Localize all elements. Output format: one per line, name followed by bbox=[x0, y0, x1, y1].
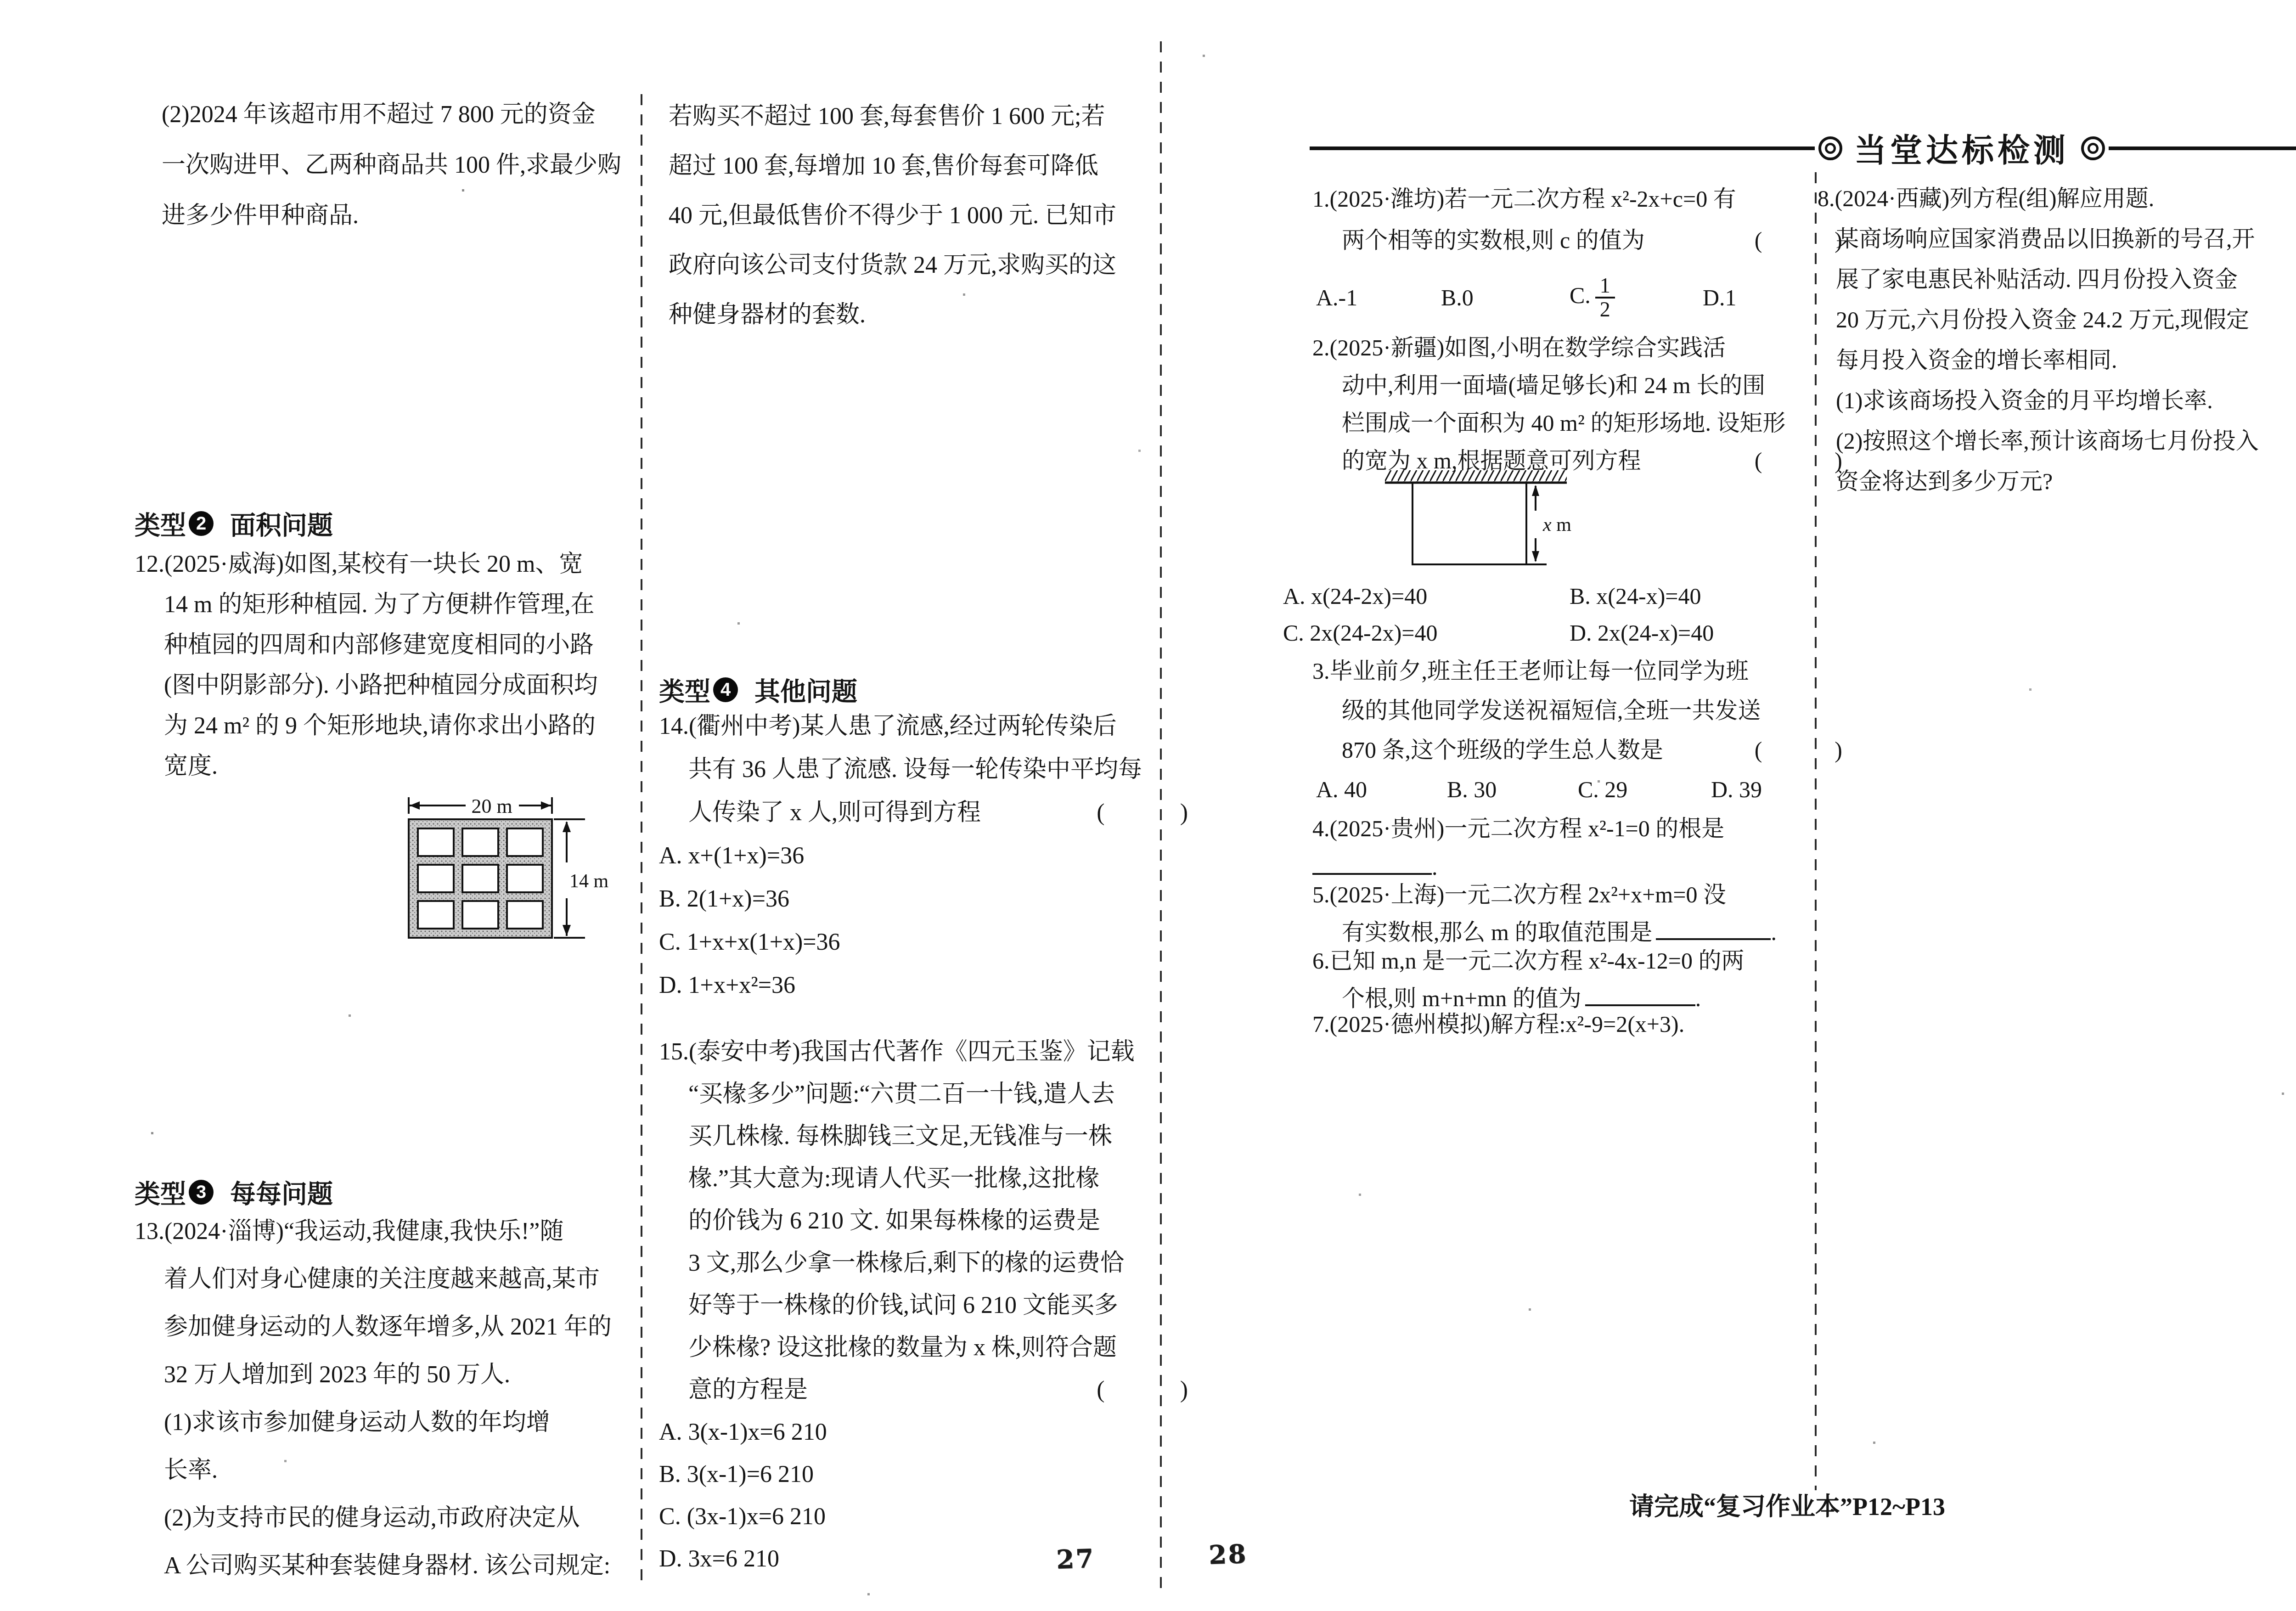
options-row: A. 40 B. 30 C. 29 D. 39 bbox=[1316, 770, 1843, 809]
text-line: 参加健身运动的人数逐年增多,从 2021 年的 bbox=[164, 1303, 664, 1351]
answer-bracket: ( ) bbox=[1755, 730, 1843, 770]
answer-blank bbox=[1312, 848, 1432, 875]
text-line: A 公司购买某种套装健身器材. 该公司规定: bbox=[164, 1542, 664, 1590]
option-b: B.0 bbox=[1441, 277, 1570, 318]
problem-11-continuation: (2)2024 年该超市用不超过 7 800 元的资金 一次购进甲、乙两种商品共… bbox=[162, 90, 648, 241]
text-line: 3 文,那么少拿一株椽后,剩下的椽的运费恰 bbox=[688, 1242, 1189, 1284]
option-c: C. (3x-1)x=6 210 bbox=[688, 1496, 1189, 1538]
text-line: 12.(2025·威海)如图,某校有一块长 20 m、宽 bbox=[164, 544, 664, 585]
option-b: B. 3(x-1)=6 210 bbox=[688, 1453, 1189, 1496]
problem-1: 1.(2025·潍坊)若一元二次方程 x²-2x+c=0 有 两个相等的实数根,… bbox=[1312, 178, 1843, 334]
arrowhead-up-icon bbox=[563, 821, 571, 832]
garden-plot-cell bbox=[507, 828, 543, 856]
text-line: 的价钱为 6 210 文. 如果每株椽的运费是 bbox=[688, 1200, 1189, 1242]
wall-rectangle-figure: x m bbox=[1372, 469, 1583, 576]
question-stem-end: 意的方程是 bbox=[688, 1369, 808, 1411]
page-number-left: 27 bbox=[1056, 1543, 1095, 1575]
section-header-area-problems: 类型4其他问题 bbox=[659, 671, 857, 708]
arrowhead-up-icon bbox=[1532, 485, 1539, 496]
garden-plot-cell bbox=[418, 828, 454, 856]
option-d: D. 3x=6 210 bbox=[688, 1538, 1189, 1580]
text-line: 1.(2025·潍坊)若一元二次方程 x²-2x+c=0 有 bbox=[1342, 178, 1843, 220]
garden-plot-cell bbox=[418, 865, 454, 892]
text-line: 宽度. bbox=[164, 746, 664, 787]
ring-dot-icon bbox=[2088, 143, 2099, 154]
dimension-unit: m bbox=[1552, 514, 1572, 535]
period: . bbox=[1771, 919, 1777, 945]
text-line: 5.(2025·上海)一元二次方程 2x²+x+m=0 没 bbox=[1342, 876, 1843, 913]
problem-5: 5.(2025·上海)一元二次方程 2x²+x+m=0 没 有实数根,那么 m … bbox=[1312, 876, 1843, 951]
option-a: A. x+(1+x)=36 bbox=[688, 834, 1189, 878]
option-a: A. x(24-2x)=40 bbox=[1312, 578, 1570, 614]
option-d: D. 2x(24-x)=40 bbox=[1570, 620, 1714, 646]
options-row: C. 2x(24-2x)=40D. 2x(24-x)=40 bbox=[1342, 614, 1843, 651]
text-line: 为 24 m² 的 9 个矩形地块,请你求出小路的 bbox=[164, 706, 664, 746]
arrowhead-down-icon bbox=[563, 925, 571, 936]
section-title: 其他问题 bbox=[754, 671, 857, 708]
text-line: 40 元,但最低售价不得少于 1 000 元. 已知市 bbox=[669, 191, 1155, 241]
circled-number-icon: 3 bbox=[189, 1180, 214, 1205]
text-line: 某商场响应国家消费品以旧换新的号召,开 bbox=[1836, 219, 2296, 259]
scanned-workbook-spread: (2)2024 年该超市用不超过 7 800 元的资金 一次购进甲、乙两种商品共… bbox=[0, 0, 2296, 1611]
section-title: 每每问题 bbox=[230, 1174, 333, 1211]
homework-footer-note: 请完成“复习作业本”P12~P13 bbox=[1629, 1487, 1945, 1522]
fraction-denominator: 2 bbox=[1595, 299, 1615, 321]
dimension-label-xm: x m bbox=[1542, 514, 1571, 535]
option-b: B. 30 bbox=[1447, 770, 1578, 809]
garden-plot-cell bbox=[462, 865, 498, 892]
test-header-title: 当堂达标检测 bbox=[1854, 125, 2069, 171]
wall-rectangle-svg: x m bbox=[1372, 469, 1583, 574]
option-a: A. 40 bbox=[1316, 770, 1447, 809]
garden-grid-figure: 20 m 14 m bbox=[403, 794, 624, 957]
text-line: 政府向该公司支付货款 24 万元,求购买的这 bbox=[669, 241, 1155, 290]
answer-bracket: ( ) bbox=[1097, 791, 1189, 834]
text-line: 32 万人增加到 2023 年的 50 万人. bbox=[164, 1351, 664, 1399]
text-line: 8.(2024·西藏)列方程(组)解应用题. bbox=[1836, 178, 2296, 219]
circled-number-icon: 2 bbox=[189, 511, 214, 536]
problem-4: 4.(2025·贵州)一元二次方程 x²-1=0 的根是 . bbox=[1312, 809, 1843, 886]
question-stem-end: 870 条,这个班级的学生总人数是 bbox=[1342, 730, 1663, 770]
problem-2: 2.(2025·新疆)如图,小明在数学综合实践活 动中,利用一面墙(墙足够长)和… bbox=[1312, 329, 1843, 479]
text-line: 共有 36 人患了流感. 设每一轮传染中平均每 bbox=[688, 748, 1189, 791]
text-line: 4.(2025·贵州)一元二次方程 x²-1=0 的根是 bbox=[1342, 809, 1843, 848]
options-row: A. x(24-2x)=40B. x(24-x)=40 bbox=[1342, 578, 1843, 614]
option-c-label: C. bbox=[1570, 282, 1591, 308]
option-d: D. 39 bbox=[1711, 770, 1762, 809]
text-line: 动中,利用一面墙(墙足够长)和 24 m 长的围 bbox=[1342, 366, 1843, 404]
text-line: 栏围成一个面积为 40 m² 的矩形场地. 设矩形 bbox=[1342, 404, 1843, 442]
text-line: 15.(泰安中考)我国古代著作《四元玉鉴》记载 bbox=[688, 1031, 1189, 1073]
dimension-var: x bbox=[1542, 514, 1552, 535]
arrowhead-right-icon bbox=[541, 801, 551, 810]
text-line: “买椽多少”问题:“六贯二百一十钱,遣人去 bbox=[688, 1073, 1189, 1115]
text-line: 级的其他同学发送祝福短信,全班一共发送 bbox=[1342, 691, 1843, 730]
text-line: 2.(2025·新疆)如图,小明在数学综合实践活 bbox=[1342, 329, 1843, 366]
text-line: 少株椽? 设这批椽的数量为 x 株,则符合题 bbox=[688, 1327, 1189, 1369]
section-label: 类型 bbox=[659, 671, 710, 708]
text-line: 14 m 的矩形种植园. 为了方便耕作管理,在 bbox=[164, 585, 664, 625]
text-line: 每月投入资金的增长率相同. bbox=[1836, 340, 2296, 380]
text-line: (2)为支持市民的健身运动,市政府决定从 bbox=[164, 1494, 664, 1542]
fraction-one-half: 12 bbox=[1595, 275, 1615, 321]
text-line: 20 万元,六月份投入资金 24.2 万元,现假定 bbox=[1836, 299, 2296, 340]
garden-plot-cell bbox=[462, 901, 498, 929]
text-line: 3.毕业前夕,班主任王老师让每一位同学为班 bbox=[1342, 651, 1843, 691]
text-line: 着人们对身心健康的关注度越来越高,某市 bbox=[164, 1256, 664, 1303]
ring-ornament-icon bbox=[2081, 136, 2105, 160]
answer-blank bbox=[1585, 979, 1695, 1006]
problem-15: 15.(泰安中考)我国古代著作《四元玉鉴》记载 “买椽多少”问题:“六贯二百一十… bbox=[659, 1031, 1189, 1580]
text-line: 一次购进甲、乙两种商品共 100 件,求最少购 bbox=[162, 140, 648, 191]
problem-13-continuation: 若购买不超过 100 套,每套售价 1 600 元;若 超过 100 套,每增加… bbox=[669, 92, 1155, 340]
garden-plot-cell bbox=[418, 901, 454, 929]
ring-ornament-icon bbox=[1818, 136, 1842, 160]
test-header: 当堂达标检测 bbox=[1310, 125, 2296, 171]
answer-bracket: ( ) bbox=[1097, 1369, 1189, 1411]
problem-14: 14.(衢州中考)某人患了流感,经过两轮传染后 共有 36 人患了流感. 设每一… bbox=[659, 705, 1189, 1007]
text-line: 好等于一株椽的价钱,试问 6 210 文能买多 bbox=[688, 1284, 1189, 1327]
text-line: 6.已知 m,n 是一元二次方程 x²-4x-12=0 的两 bbox=[1342, 942, 1843, 979]
text-line: (图中阴影部分). 小路把种植园分成面积均 bbox=[164, 665, 664, 706]
question-stem-end: 有实数根,那么 m 的取值范围是 bbox=[1342, 919, 1652, 945]
text-line: 椽.”其大意为:现请人代买一批椽,这批椽 bbox=[688, 1158, 1189, 1200]
text-line: (2)按照这个增长率,预计该商场七月份投入 bbox=[1836, 421, 2296, 461]
wall-hatching bbox=[1385, 470, 1567, 482]
answer-blank bbox=[1656, 913, 1771, 940]
option-a: A.-1 bbox=[1316, 277, 1441, 318]
question-stem-end: 人传染了 x 人,则可得到方程 bbox=[688, 791, 981, 834]
garden-plot-cell bbox=[507, 901, 543, 929]
problem-8: 8.(2024·西藏)列方程(组)解应用题. 某商场响应国家消费品以旧换新的号召… bbox=[1818, 178, 2296, 501]
header-rule-left bbox=[1310, 146, 1815, 150]
text-line: 长率. bbox=[164, 1447, 664, 1494]
text-line: 若购买不超过 100 套,每套售价 1 600 元;若 bbox=[669, 92, 1155, 141]
text-line: (1)求该市参加健身运动人数的年均增 bbox=[164, 1399, 664, 1447]
problem-3: 3.毕业前夕,班主任王老师让每一位同学为班 级的其他同学发送祝福短信,全班一共发… bbox=[1312, 651, 1843, 809]
garden-plot-cell bbox=[507, 865, 543, 892]
text-line: 买几株椽. 每株脚钱三文足,无钱准与一株 bbox=[688, 1115, 1189, 1158]
option-c: C. 2x(24-2x)=40 bbox=[1312, 614, 1570, 651]
fraction-numerator: 1 bbox=[1595, 275, 1615, 299]
text-line: 种植园的四周和内部修建宽度相同的小路 bbox=[164, 625, 664, 665]
fenced-rectangle bbox=[1412, 483, 1526, 564]
arrowhead-down-icon bbox=[1532, 551, 1539, 562]
text-line: 超过 100 套,每增加 10 套,售价每套可降低 bbox=[669, 141, 1155, 191]
problem-12: 12.(2025·威海)如图,某校有一块长 20 m、宽 14 m 的矩形种植园… bbox=[135, 544, 664, 787]
header-rule-right bbox=[2109, 146, 2296, 150]
page-number-right: 28 bbox=[1208, 1539, 1248, 1571]
text-line: 14.(衢州中考)某人患了流感,经过两轮传染后 bbox=[688, 705, 1189, 748]
garden-plot-cell bbox=[462, 828, 498, 856]
section-header-area-problems: 类型2面积问题 bbox=[135, 505, 333, 542]
section-label: 类型 bbox=[135, 505, 186, 542]
option-d: D.1 bbox=[1703, 277, 1737, 318]
option-c: C.12 bbox=[1570, 275, 1703, 321]
problem-13: 13.(2024·淄博)“我运动,我健康,我快乐!”随 着人们对身心健康的关注度… bbox=[135, 1208, 664, 1590]
option-b: B. x(24-x)=40 bbox=[1570, 583, 1701, 609]
text-line: 进多少件甲种商品. bbox=[162, 191, 648, 241]
section-header-area-problems: 类型3每每问题 bbox=[135, 1174, 333, 1211]
option-a: A. 3(x-1)x=6 210 bbox=[688, 1411, 1189, 1453]
arrowhead-left-icon bbox=[410, 801, 420, 810]
text-line: 种健身器材的套数. bbox=[669, 290, 1155, 340]
option-c: C. 1+x+x(1+x)=36 bbox=[688, 921, 1189, 964]
scan-noise bbox=[0, 0, 1, 1]
text-line: (1)求该商场投入资金的月平均增长率. bbox=[1836, 380, 2296, 421]
option-b: B. 2(1+x)=36 bbox=[688, 878, 1189, 921]
ring-dot-icon bbox=[1825, 143, 1836, 154]
question-stem-end: 两个相等的实数根,则 c 的值为 bbox=[1342, 220, 1645, 261]
dimension-label-14m: 14 m bbox=[569, 871, 609, 892]
problem-2-options: A. x(24-2x)=40B. x(24-x)=40 C. 2x(24-2x)… bbox=[1312, 578, 1843, 651]
text-line: 展了家电惠民补贴活动. 四月份投入资金 bbox=[1836, 259, 2296, 299]
text-line: 资金将达到多少万元? bbox=[1836, 461, 2296, 501]
section-title: 面积问题 bbox=[230, 505, 333, 542]
garden-grid-svg: 20 m 14 m bbox=[403, 794, 624, 954]
options-row: A.-1 B.0 C.12 D.1 bbox=[1316, 261, 1843, 334]
option-d: D. 1+x+x²=36 bbox=[688, 964, 1189, 1007]
section-label: 类型 bbox=[135, 1174, 186, 1211]
text-line: (2)2024 年该超市用不超过 7 800 元的资金 bbox=[162, 90, 648, 140]
option-c: C. 29 bbox=[1578, 770, 1711, 809]
text-line: 13.(2024·淄博)“我运动,我健康,我快乐!”随 bbox=[164, 1208, 664, 1256]
problem-7: 7.(2025·德州模拟)解方程:x²-9=2(x+3). bbox=[1312, 1006, 1843, 1042]
text-line: 7.(2025·德州模拟)解方程:x²-9=2(x+3). bbox=[1342, 1006, 1843, 1042]
dimension-label-20m: 20 m bbox=[471, 795, 512, 817]
circled-number-icon: 4 bbox=[713, 677, 738, 702]
